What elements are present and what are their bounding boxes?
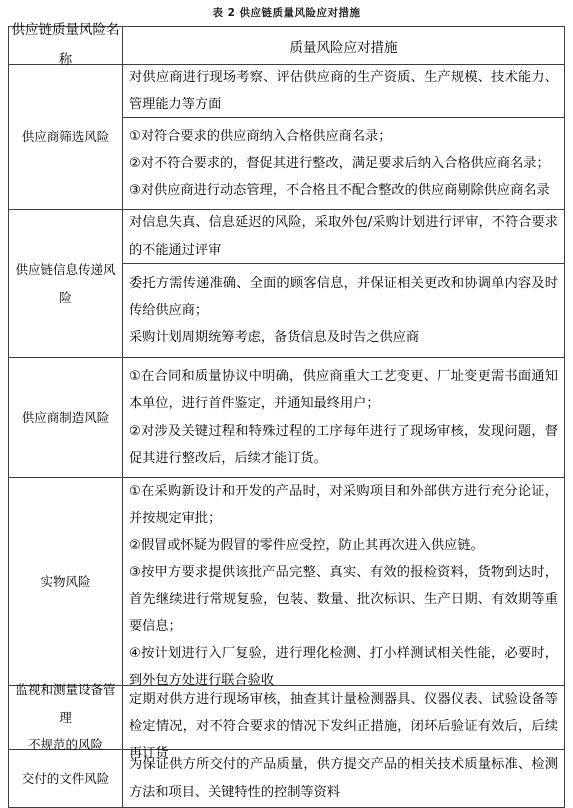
table-row: 监视和测量设备管理 不规范的风险 定期对供方进行现场审核，抽查其计量检测器具、仪… [9,686,564,750]
measure-paragraph: 委托方需传递准确、全面的顾客信息，并保证相关更改和协调单内容及时传给供应商； [129,270,558,324]
risk-name-cell: 供应链信息传递风险 [9,210,123,357]
measure-paragraph: 为保证供方所交付的产品质量，供方提交产品的相关技术质量标准、检测方法和项目、关键… [129,751,558,805]
table-row: 交付的文件风险 为保证供方所交付的产品质量，供方提交产品的相关技术质量标准、检测… [9,750,564,807]
measure-paragraph: ③对供应商进行动态管理，不合格且不配合整改的供应商剔除供应商名录 [129,177,558,204]
table-row: 供应商制造风险 ①在合同和质量协议中明确，供应商重大工艺变更、厂址变更需书面通知… [9,358,564,478]
measure-paragraph: ①对符合要求的供应商纳入合格供应商名录； [129,123,558,150]
measures-cell: ①在合同和质量协议中明确，供应商重大工艺变更、厂址变更需书面通知本单位，进行首件… [123,358,564,477]
measure-paragraph: ③按甲方要求提供该批产品完整、真实、有效的报检资料，货物到达时，首先继续进行常规… [129,559,558,640]
measure-paragraph: ②对涉及关键过程和特殊过程的工序每年进行了现场审核，发现问题，督促其进行整改后，… [129,418,558,472]
measure-paragraph: ①在采购新设计和开发的产品时，对采购项目和外部供方进行充分论证，并按规定审批； [129,478,558,532]
header-risk-column: 供应链质量风险名称 [9,27,123,64]
measure-paragraph: 采购计划周期统筹考虑，备货信息及时告之供应商 [129,324,558,351]
measures-cell: 对供应商进行现场考察、评估供应商的生产资质、生产规模、技术能力、管理能力等方面 … [123,65,564,209]
measure-subcell: 对供应商进行现场考察、评估供应商的生产资质、生产规模、技术能力、管理能力等方面 [123,65,564,118]
measure-subcell: 为保证供方所交付的产品质量，供方提交产品的相关技术质量标准、检测方法和项目、关键… [123,750,564,807]
measure-paragraph: 对信息失真、信息延迟的风险，采取外包/采购计划进行评审，不符合要求的不能通过评审 [129,209,558,263]
measure-paragraph: ①在合同和质量协议中明确，供应商重大工艺变更、厂址变更需书面通知本单位，进行首件… [129,363,558,417]
measures-cell: ①在采购新设计和开发的产品时，对采购项目和外部供方进行充分论证，并按规定审批； … [123,478,564,685]
risk-name-cell: 供应商制造风险 [9,358,123,477]
risk-name-cell: 监视和测量设备管理 不规范的风险 [9,686,123,749]
risk-name-cell: 实物风险 [9,478,123,685]
measure-paragraph: ②假冒或怀疑为假冒的零件应受控，防止其再次进入供应链。 [129,532,558,559]
risk-name-cell: 供应商筛选风险 [9,65,123,209]
risk-name-cell: 交付的文件风险 [9,750,123,807]
measure-paragraph: ②对不符合要求的，督促其进行整改，满足要求后纳入合格供应商名录； [129,150,558,177]
measures-cell: 对信息失真、信息延迟的风险，采取外包/采购计划进行评审，不符合要求的不能通过评审… [123,210,564,357]
header-measures-column: 质量风险应对措施 [123,27,564,64]
measure-subcell: ①在采购新设计和开发的产品时，对采购项目和外部供方进行充分论证，并按规定审批； … [123,478,564,695]
measure-subcell: 对信息失真、信息延迟的风险，采取外包/采购计划进行评审，不符合要求的不能通过评审 [123,210,564,264]
table-header-row: 供应链质量风险名称 质量风险应对措施 [9,27,564,65]
risk-measures-table: 供应链质量风险名称 质量风险应对措施 供应商筛选风险 对供应商进行现场考察、评估… [8,26,565,808]
table-row: 实物风险 ①在采购新设计和开发的产品时，对采购项目和外部供方进行充分论证，并按规… [9,478,564,686]
measures-cell: 为保证供方所交付的产品质量，供方提交产品的相关技术质量标准、检测方法和项目、关键… [123,750,564,807]
document-page: 表 2 供应链质量风险应对措施 供应链质量风险名称 质量风险应对措施 供应商筛选… [0,0,573,805]
measure-subcell: ①对符合要求的供应商纳入合格供应商名录； ②对不符合要求的，督促其进行整改，满足… [123,118,564,209]
measure-subcell: ①在合同和质量协议中明确，供应商重大工艺变更、厂址变更需书面通知本单位，进行首件… [123,358,564,477]
measure-subcell: 委托方需传递准确、全面的顾客信息，并保证相关更改和协调单内容及时传给供应商； 采… [123,264,564,357]
table-row: 供应链信息传递风险 对信息失真、信息延迟的风险，采取外包/采购计划进行评审，不符… [9,210,564,358]
measure-paragraph: 对供应商进行现场考察、评估供应商的生产资质、生产规模、技术能力、管理能力等方面 [129,64,558,118]
table-row: 供应商筛选风险 对供应商进行现场考察、评估供应商的生产资质、生产规模、技术能力、… [9,65,564,210]
measures-cell: 定期对供方进行现场审核，抽查其计量检测器具、仪器仪表、试验设备等检定情况，对不符… [123,686,564,749]
